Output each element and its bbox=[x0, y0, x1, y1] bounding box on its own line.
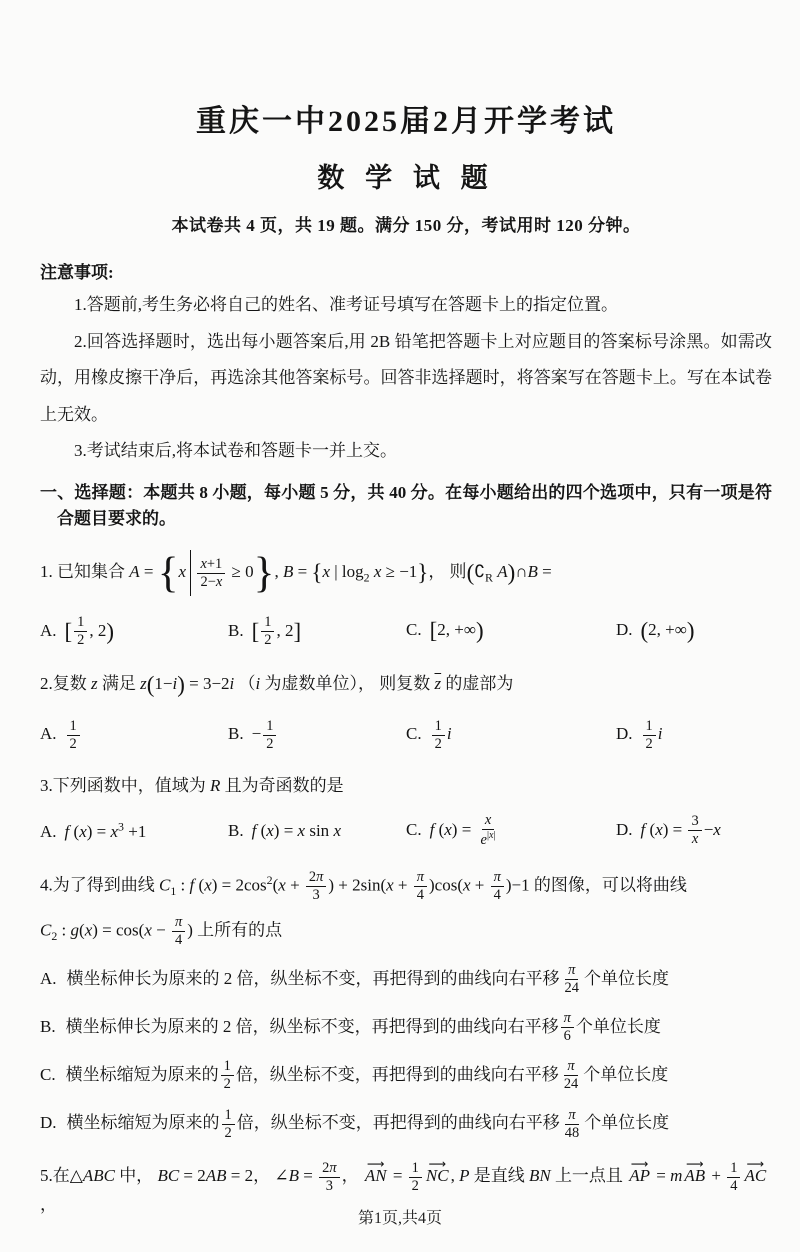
notice-item-3: 3.考试结束后,将本试卷和答题卡一并上交。 bbox=[40, 433, 772, 470]
question-4-stem-line1: 4.为了得到曲线 C1 : f (x) = 2cos2(x + 2π3) + 2… bbox=[40, 869, 772, 904]
exam-meta-line: 本试卷共 4 页，共 19 题。满分 150 分，考试用时 120 分钟。 bbox=[40, 211, 772, 236]
option-3a-label: A. bbox=[40, 822, 57, 841]
question-2-options: A.12 B.−12 C.12i D.12i bbox=[40, 718, 772, 753]
option-1d: D.(2, +∞) bbox=[616, 620, 772, 643]
question-1: 1. 已知集合 A = {xx+12−x ≥ 0}, B = {x | log2… bbox=[40, 550, 772, 596]
option-2b-value: −12 bbox=[252, 724, 279, 743]
option-3b-label: B. bbox=[228, 821, 244, 840]
option-1b-value: [12, 2] bbox=[252, 621, 302, 640]
option-4d-value: 横坐标缩短为原来的12倍，纵坐标不变，再把得到的曲线向右平移π48个单位长度 bbox=[67, 1113, 670, 1132]
notice-list: 1.答题前,考生务必将自己的姓名、准考证号填写在答题卡上的指定位置。 2.回答选… bbox=[40, 287, 772, 470]
option-4b-label: B. bbox=[40, 1017, 56, 1036]
option-4d: D.横坐标缩短为原来的12倍，纵坐标不变，再把得到的曲线向右平移π48个单位长度 bbox=[40, 1107, 772, 1142]
option-4c-label: C. bbox=[40, 1065, 56, 1084]
option-4b-value: 横坐标伸长为原来的 2 倍，纵坐标不变，再把得到的曲线向右平移π6个单位长度 bbox=[66, 1017, 661, 1036]
option-1d-value: (2, +∞) bbox=[641, 620, 695, 639]
option-3d-value: f (x) = 3x−x bbox=[641, 820, 721, 839]
notice-item-2: 2.回答选择题时，选出每小题答案后,用 2B 铅笔把答题卡上对应题目的答案标号涂… bbox=[40, 324, 772, 434]
option-4c-value: 横坐标缩短为原来的12倍，纵坐标不变，再把得到的曲线向右平移π24个单位长度 bbox=[66, 1065, 669, 1084]
option-1a: A.[12, 2) bbox=[40, 614, 228, 649]
option-1c-label: C. bbox=[406, 620, 422, 639]
option-2d: D.12i bbox=[616, 718, 772, 753]
question-2: 2.复数 z 满足 z(1−i) = 3−2i （i 为虚数单位）， 则复数 z… bbox=[40, 671, 772, 697]
question-1-options: A.[12, 2) B.[12, 2] C.[2, +∞) D.(2, +∞) bbox=[40, 614, 772, 649]
exam-title: 重庆一中2025届2月开学考试 bbox=[40, 104, 772, 140]
option-3a-value: f (x) = x3 +1 bbox=[65, 822, 147, 841]
option-4b: B.横坐标伸长为原来的 2 倍，纵坐标不变，再把得到的曲线向右平移π6个单位长度 bbox=[40, 1010, 772, 1045]
question-3: 3.下列函数中，值域为 R 且为奇函数的是 bbox=[40, 773, 772, 799]
section-heading: 一、选择题：本题共 8 小题，每小题 5 分，共 40 分。在每小题给出的四个选… bbox=[40, 480, 772, 533]
option-3d-label: D. bbox=[616, 820, 633, 839]
question-3-options: A.f (x) = x3 +1 B.f (x) = x sin x C.f (x… bbox=[40, 812, 772, 849]
option-4a: A.横坐标伸长为原来的 2 倍，纵坐标不变，再把得到的曲线向右平移π24个单位长… bbox=[40, 962, 772, 997]
option-1a-value: [12, 2) bbox=[65, 621, 115, 640]
option-1b-label: B. bbox=[228, 621, 244, 640]
option-1c-value: [2, +∞) bbox=[430, 620, 484, 639]
question-4-options: A.横坐标伸长为原来的 2 倍，纵坐标不变，再把得到的曲线向右平移π24个单位长… bbox=[40, 962, 772, 1141]
option-4a-value: 横坐标伸长为原来的 2 倍，纵坐标不变，再把得到的曲线向右平移π24个单位长度 bbox=[67, 969, 669, 988]
option-2b: B.−12 bbox=[228, 718, 406, 753]
option-2c-label: C. bbox=[406, 724, 422, 743]
option-3c-label: C. bbox=[406, 820, 422, 839]
option-3b-value: f (x) = x sin x bbox=[252, 821, 341, 840]
option-3a: A.f (x) = x3 +1 bbox=[40, 819, 228, 842]
question-3-stem: 3.下列函数中，值域为 R 且为奇函数的是 bbox=[40, 776, 344, 795]
option-2a-value: 12 bbox=[65, 724, 82, 743]
option-3d: D.f (x) = 3x−x bbox=[616, 813, 772, 848]
option-2d-value: 12i bbox=[641, 724, 663, 743]
option-2d-label: D. bbox=[616, 724, 633, 743]
option-2c: C.12i bbox=[406, 718, 616, 753]
option-2a-label: A. bbox=[40, 724, 57, 743]
option-4d-label: D. bbox=[40, 1113, 57, 1132]
option-1d-label: D. bbox=[616, 620, 633, 639]
question-4: 4.为了得到曲线 C1 : f (x) = 2cos2(x + 2π3) + 2… bbox=[40, 869, 772, 949]
notice-item-1: 1.答题前,考生务必将自己的姓名、准考证号填写在答题卡上的指定位置。 bbox=[40, 287, 772, 324]
option-2c-value: 12i bbox=[430, 724, 452, 743]
option-3c-value: f (x) = xe|x| bbox=[430, 820, 501, 839]
option-1a-label: A. bbox=[40, 621, 57, 640]
exam-paper-page: 重庆一中2025届2月开学考试 数 学 试 题 本试卷共 4 页，共 19 题。… bbox=[0, 0, 800, 1252]
exam-subtitle: 数 学 试 题 bbox=[40, 156, 772, 195]
question-4-stem-line2: C2 : g(x) = cos(x − π4) 上所有的点 bbox=[40, 914, 772, 949]
option-1c: C.[2, +∞) bbox=[406, 620, 616, 643]
option-4c: C.横坐标缩短为原来的12倍，纵坐标不变，再把得到的曲线向右平移π24个单位长度 bbox=[40, 1058, 772, 1093]
notice-heading: 注意事项: bbox=[40, 258, 772, 283]
option-3c: C.f (x) = xe|x| bbox=[406, 812, 616, 849]
page-footer: 第1页,共4页 bbox=[0, 1205, 800, 1228]
option-2b-label: B. bbox=[228, 724, 244, 743]
option-3b: B.f (x) = x sin x bbox=[228, 821, 406, 841]
option-1b: B.[12, 2] bbox=[228, 614, 406, 649]
option-4a-label: A. bbox=[40, 969, 57, 988]
option-2a: A.12 bbox=[40, 718, 228, 753]
question-1-stem: 1. 已知集合 A = {xx+12−x ≥ 0}, B = {x | log2… bbox=[40, 562, 552, 581]
question-2-stem: 2.复数 z 满足 z(1−i) = 3−2i （i 为虚数单位）， 则复数 z… bbox=[40, 674, 513, 693]
